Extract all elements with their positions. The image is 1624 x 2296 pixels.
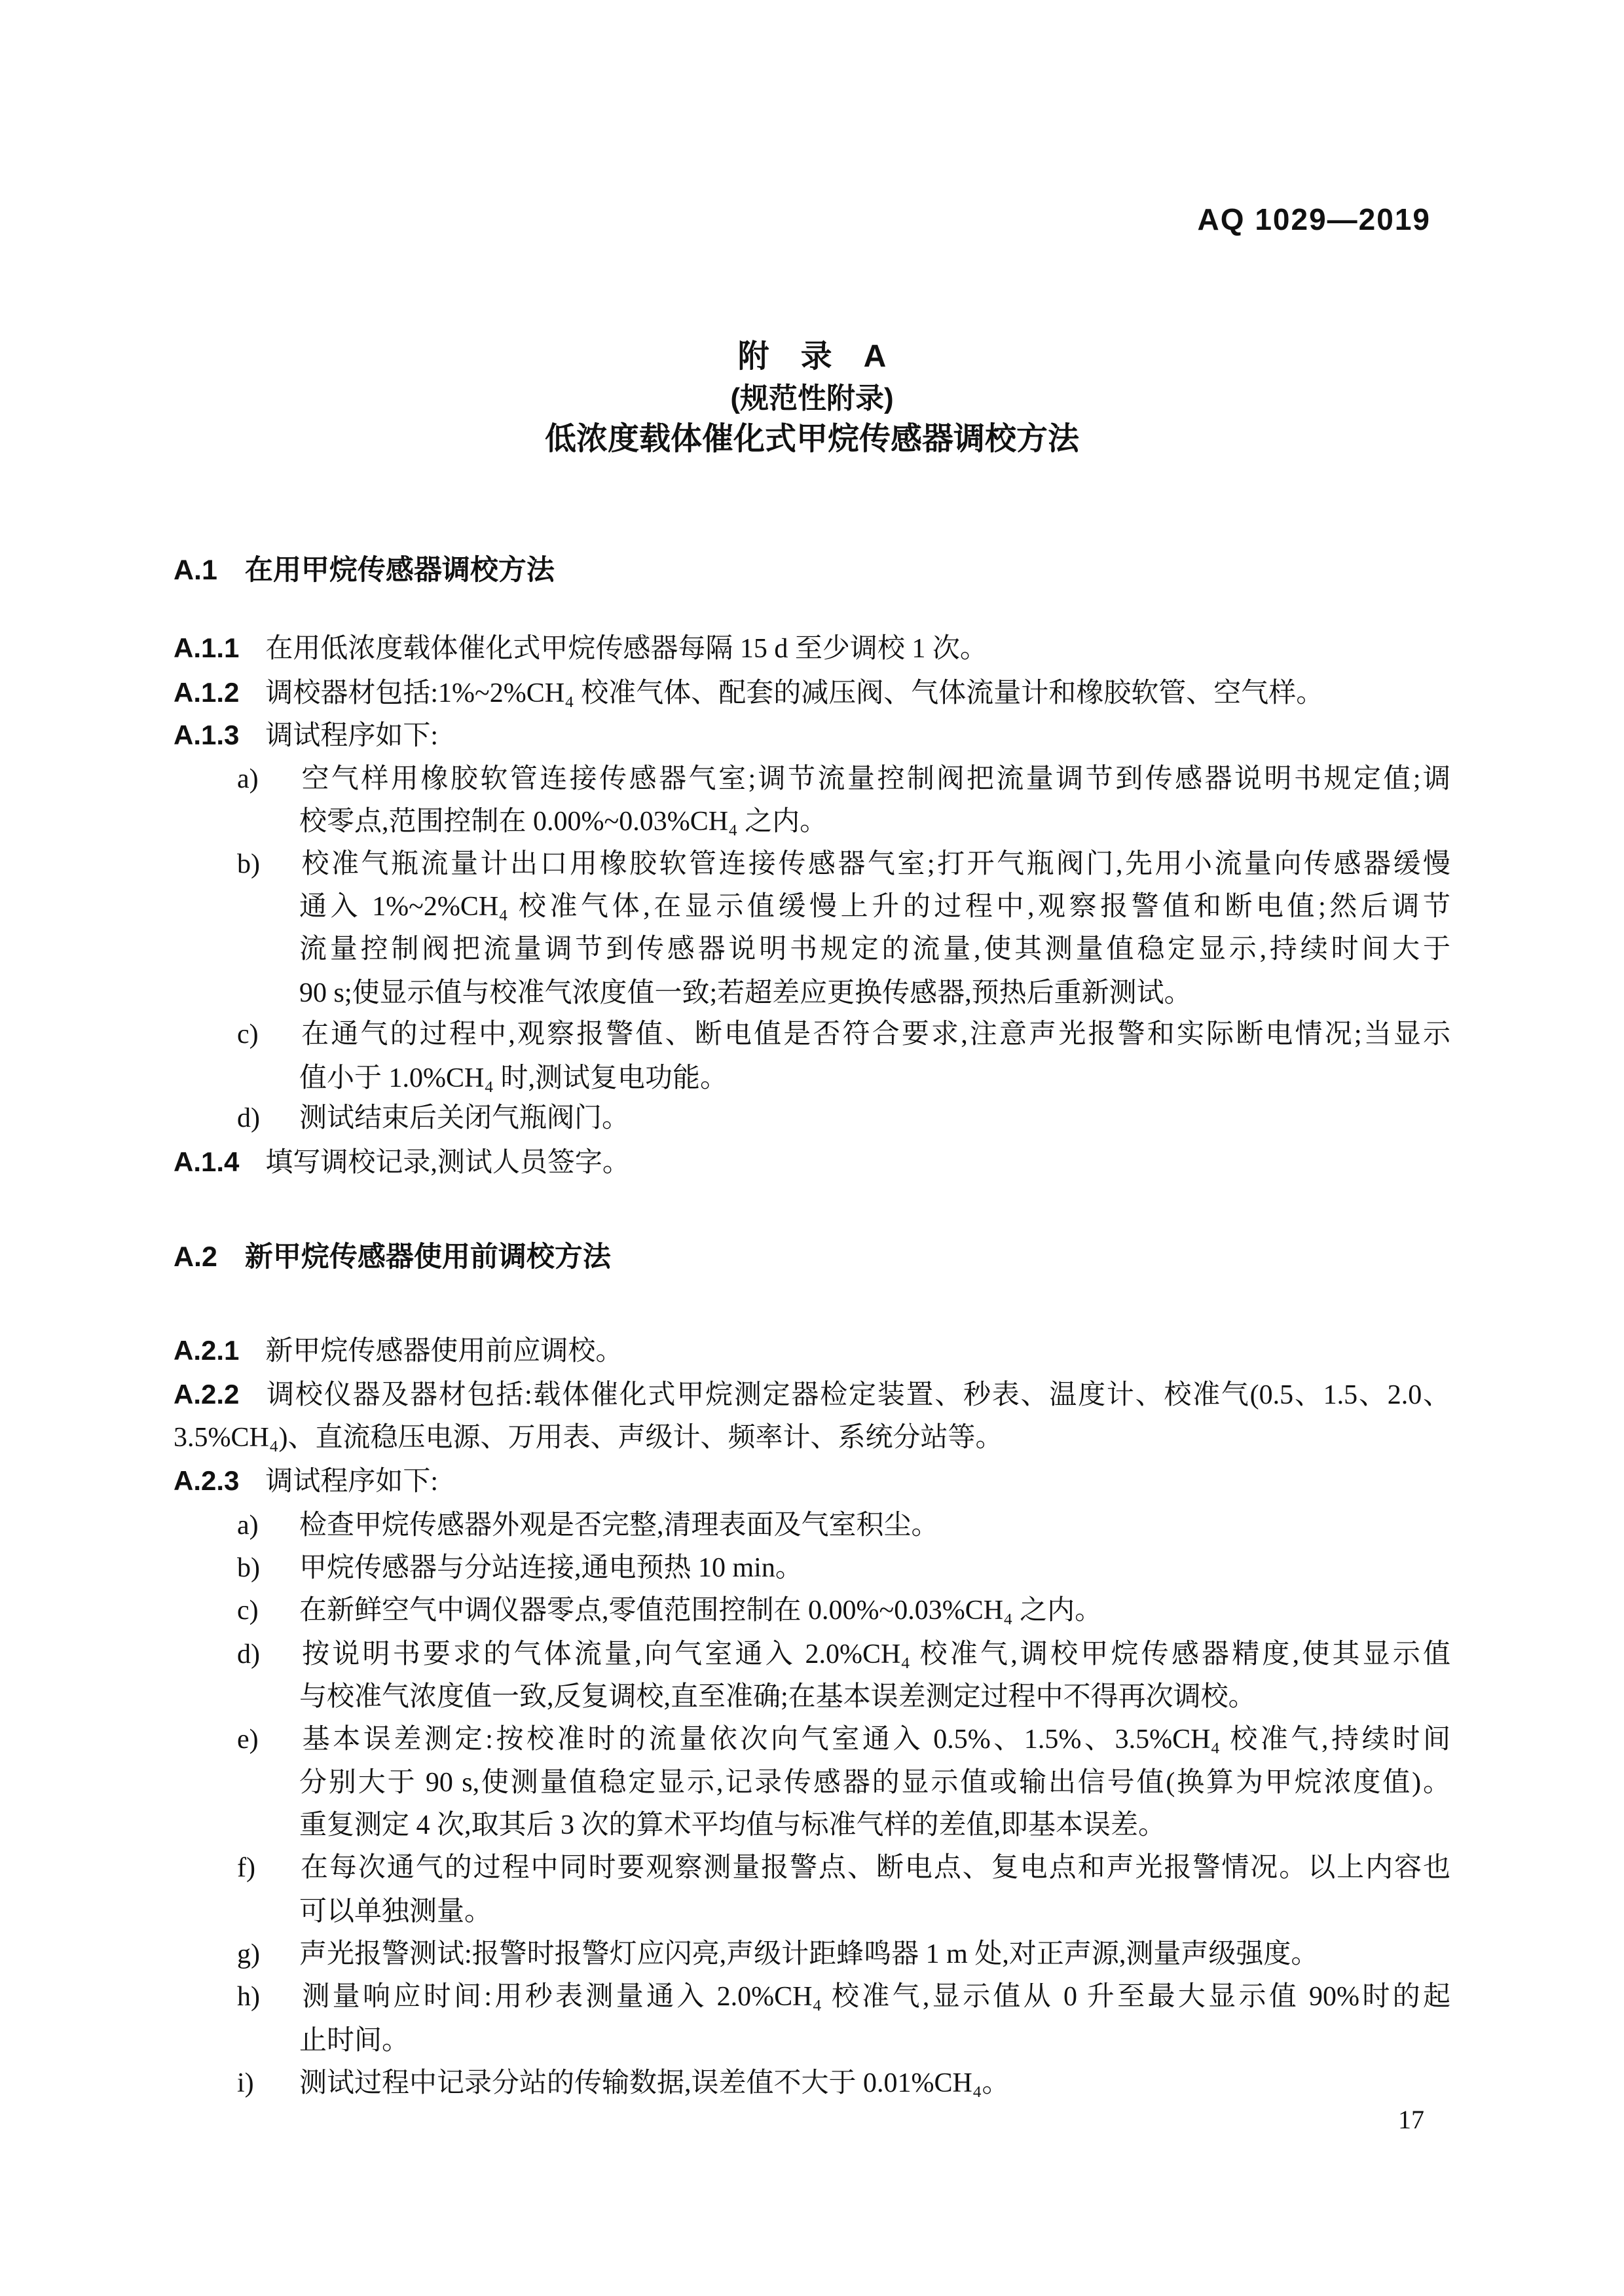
item-i2: i)测试过程中记录分站的传输数据,误差值不大于 0.01%CH₄。 — [237, 2062, 1009, 2105]
item-line: 按说明书要求的气体流量,向气室通入 2.0%CH₄ 校准气,调校甲烷传感器精度,… — [299, 1639, 1450, 1669]
clause-text: 调校仪器及器材包括:载体催化式甲烷测定器检定装置、秒表、温度计、校准气(0.5、… — [265, 1380, 1450, 1410]
item-line: 空气样用橡胶软管连接传感器气室;调节流量控制阀把流量调节到传感器说明书规定值;调 — [299, 764, 1450, 794]
item-label: d) — [237, 1633, 299, 1676]
section-heading-a1: A.1在用甲烷传感器调校方法 — [174, 549, 555, 592]
clause-text: 在用低浓度载体催化式甲烷传感器每隔 15 d 至少调校 1 次。 — [265, 634, 987, 664]
item-c2: c)在新鲜空气中调仪器零点,零值范围控制在 0.00%~0.03%CH₄ 之内。 — [237, 1589, 1102, 1632]
section-number: A.2 — [174, 1241, 217, 1273]
continuation-line: 校零点,范围控制在 0.00%~0.03%CH₄ 之内。 — [299, 800, 827, 843]
item-label: b) — [237, 843, 299, 886]
clause-number: A.1.1 — [174, 632, 239, 663]
item-label: e) — [237, 1718, 299, 1761]
item-line: 甲烷传感器与分站连接,通电预热 10 min。 — [299, 1553, 803, 1583]
page-number: 17 — [1398, 2104, 1424, 2135]
continuation-line: 流量控制阀把流量调节到传感器说明书规定的流量,使其测量值稳定显示,持续时间大于 — [299, 928, 1450, 971]
appendix-type-note: (规范性附录) — [0, 377, 1624, 420]
item-h2: h)测量响应时间:用秒表测量通入 2.0%CH₄ 校准气,显示值从 0 升至最大… — [237, 1975, 1450, 2018]
clause-a12: A.1.2调校器材包括:1%~2%CH₄ 校准气体、配套的减压阀、气体流量计和橡… — [174, 671, 1323, 715]
clause-a21: A.2.1新甲烷传感器使用前应调校。 — [174, 1329, 623, 1373]
item-label: f) — [237, 1846, 299, 1889]
appendix-title: 低浓度载体催化式甲烷传感器调校方法 — [0, 418, 1624, 461]
clause-text: 调试程序如下: — [265, 721, 438, 751]
item-g2: g)声光报警测试:报警时报警灯应闪亮,声级计距蜂鸣器 1 m 处,对正声源,测量… — [237, 1933, 1318, 1976]
clause-a23: A.2.3调试程序如下: — [174, 1459, 438, 1503]
continuation-line: 止时间。 — [299, 2019, 409, 2062]
continuation-line: 值小于 1.0%CH₄ 时,测试复电功能。 — [299, 1057, 728, 1100]
item-c: c)在通气的过程中,观察报警值、断电值是否符合要求,注意声光报警和实际断电情况;… — [237, 1013, 1450, 1056]
clause-number: A.2.2 — [174, 1379, 239, 1410]
clause-text: 填写调校记录,测试人员签字。 — [265, 1148, 630, 1178]
clause-number: A.2.3 — [174, 1465, 239, 1496]
clause-text: 调试程序如下: — [265, 1467, 438, 1497]
item-line: 在通气的过程中,观察报警值、断电值是否符合要求,注意声光报警和实际断电情况;当显… — [299, 1019, 1450, 1049]
clause-number: A.2.1 — [174, 1335, 239, 1366]
item-line: 校准气瓶流量计出口用橡胶软管连接传感器气室;打开气瓶阀门,先用小流量向传感器缓慢 — [299, 849, 1450, 879]
item-label: h) — [237, 1975, 299, 2018]
item-line: 基本误差测定:按校准时的流量依次向气室通入 0.5%、1.5%、3.5%CH₄ … — [299, 1724, 1450, 1755]
item-line: 测试过程中记录分站的传输数据,误差值不大于 0.01%CH₄。 — [299, 2068, 1009, 2098]
section-number: A.1 — [174, 555, 217, 586]
continuation-line: 与校准气浓度值一致,反复调校,直至准确;在基本误差测定过程中不得再次调校。 — [299, 1675, 1256, 1719]
clause-text: 调校器材包括:1%~2%CH₄ 校准气体、配套的减压阀、气体流量计和橡胶软管、空… — [265, 678, 1323, 708]
clause-number: A.1.2 — [174, 677, 239, 708]
continuation-line: 可以单独测量。 — [299, 1890, 492, 1933]
appendix-heading: 附 录 A — [0, 335, 1624, 378]
continuation-line: 重复测定 4 次,取其后 3 次的算术平均值与标准气样的差值,即基本误差。 — [299, 1804, 1166, 1847]
section-title: 新甲烷传感器使用前调校方法 — [245, 1241, 611, 1273]
clause-a13: A.1.3调试程序如下: — [174, 714, 438, 757]
item-b: b)校准气瓶流量计出口用橡胶软管连接传感器气室;打开气瓶阀门,先用小流量向传感器… — [237, 843, 1450, 886]
item-d: d)测试结束后关闭气瓶阀门。 — [237, 1097, 629, 1140]
item-line: 在新鲜空气中调仪器零点,零值范围控制在 0.00%~0.03%CH₄ 之内。 — [299, 1595, 1102, 1626]
item-a: a)空气样用橡胶软管连接传感器气室;调节流量控制阀把流量调节到传感器说明书规定值… — [237, 757, 1450, 801]
item-a2: a)检查甲烷传感器外观是否完整,清理表面及气室积尘。 — [237, 1504, 939, 1547]
item-d2: d)按说明书要求的气体流量,向气室通入 2.0%CH₄ 校准气,调校甲烷传感器精… — [237, 1633, 1450, 1676]
item-f2: f)在每次通气的过程中同时要观察测量报警点、断电点、复电点和声光报警情况。以上内… — [237, 1846, 1450, 1889]
item-line: 测量响应时间:用秒表测量通入 2.0%CH₄ 校准气,显示值从 0 升至最大显示… — [299, 1982, 1450, 2012]
item-b2: b)甲烷传感器与分站连接,通电预热 10 min。 — [237, 1546, 803, 1590]
item-label: c) — [237, 1589, 299, 1632]
item-label: d) — [237, 1097, 299, 1140]
item-label: g) — [237, 1933, 299, 1976]
doc-code: AQ 1029—2019 — [1198, 202, 1431, 237]
continuation-line: 3.5%CH₄)、直流稳压电源、万用表、声级计、频率计、系统分站等。 — [174, 1416, 1003, 1459]
item-line: 声光报警测试:报警时报警灯应闪亮,声级计距蜂鸣器 1 m 处,对正声源,测量声级… — [299, 1939, 1318, 1969]
item-label: c) — [237, 1013, 299, 1056]
continuation-line: 通入 1%~2%CH₄ 校准气体,在显示值缓慢上升的过程中,观察报警值和断电值;… — [299, 885, 1450, 928]
item-label: i) — [237, 2062, 299, 2105]
clause-number: A.1.3 — [174, 720, 239, 750]
section-title: 在用甲烷传感器调校方法 — [245, 555, 555, 586]
clause-number: A.1.4 — [174, 1146, 239, 1177]
clause-a14: A.1.4填写调校记录,测试人员签字。 — [174, 1140, 630, 1184]
clause-text: 新甲烷传感器使用前应调校。 — [265, 1336, 623, 1366]
item-line: 在每次通气的过程中同时要观察测量报警点、断电点、复电点和声光报警情况。以上内容也 — [299, 1853, 1450, 1883]
continuation-line: 分别大于 90 s,使测量值稳定显示,记录传感器的显示值或输出信号值(换算为甲烷… — [299, 1761, 1450, 1804]
section-heading-a2: A.2新甲烷传感器使用前调校方法 — [174, 1235, 611, 1279]
item-line: 检查甲烷传感器外观是否完整,清理表面及气室积尘。 — [299, 1510, 939, 1540]
document-page: AQ 1029—2019 附 录 A (规范性附录) 低浓度载体催化式甲烷传感器… — [0, 0, 1624, 2296]
clause-a11: A.1.1在用低浓度载体催化式甲烷传感器每隔 15 d 至少调校 1 次。 — [174, 627, 987, 670]
item-label: a) — [237, 1504, 299, 1547]
item-label: a) — [237, 757, 299, 801]
item-label: b) — [237, 1546, 299, 1590]
item-line: 测试结束后关闭气瓶阀门。 — [299, 1103, 629, 1133]
item-e2: e)基本误差测定:按校准时的流量依次向气室通入 0.5%、1.5%、3.5%CH… — [237, 1718, 1450, 1761]
continuation-line: 90 s;使显示值与校准气浓度值一致;若超差应更换传感器,预热后重新测试。 — [299, 972, 1192, 1015]
clause-a22: A.2.2调校仪器及器材包括:载体催化式甲烷测定器检定装置、秒表、温度计、校准气… — [174, 1373, 1450, 1417]
